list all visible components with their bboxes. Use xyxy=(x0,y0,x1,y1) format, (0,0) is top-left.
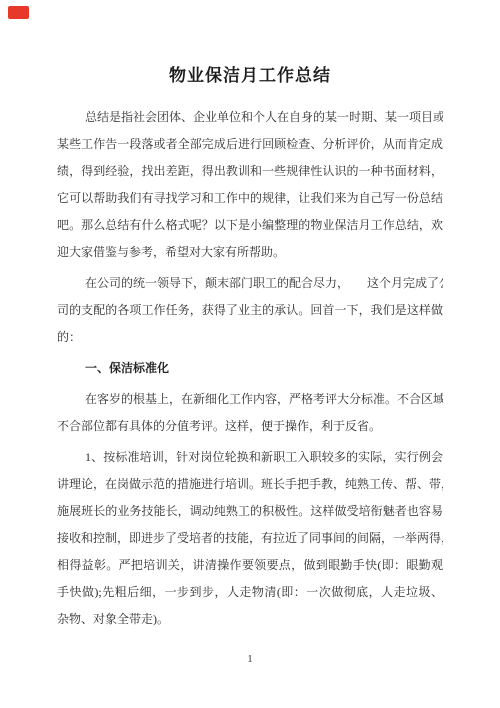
site-logo-badge xyxy=(8,6,29,19)
text-line: 在客岁的根基上，在新细化工作内容，严格考评大分标准。不合区域， xyxy=(57,386,443,413)
text-line: 杂物、对象全带走)。 xyxy=(57,606,443,633)
text-line: 施展班长的业务技能长，调动纯熟工的积极性。这样做受培衔魅者也容易 xyxy=(57,498,443,525)
text-line: 总结是指社会团体、企业单位和个人在自身的某一时期、某一项目或 xyxy=(57,104,443,131)
paragraph: 在客岁的根基上，在新细化工作内容，严格考评大分标准。不合区域，不合部位都有具体的… xyxy=(57,386,443,440)
text-line: 的： xyxy=(57,324,443,351)
text-line: 相得益彰。严把培训关，讲清操作要领要点，做到眼勤手快(即：眼勤观 xyxy=(57,552,443,579)
text-line: 绩，得到经验，找出差距，得出教训和一些规律性认识的一种书面材料， xyxy=(57,158,443,185)
document-content: 物业保洁月工作总结 总结是指社会团体、企业单位和个人在自身的某一时期、某一项目或… xyxy=(57,0,443,637)
text-line: 不合部位都有具体的分值考评。这样，便于操作，利于反省。 xyxy=(57,413,443,440)
page-number: 1 xyxy=(0,650,500,668)
document-page: 物业保洁月工作总结 总结是指社会团体、企业单位和个人在自身的某一时期、某一项目或… xyxy=(0,0,500,708)
text-line: 某些工作告一段落或者全部完成后进行回顾检查、分析评价，从而肯定成 xyxy=(57,131,443,158)
text-line: 迎大家借鉴与参考，希望对大家有所帮助。 xyxy=(57,239,443,266)
section-heading: 一、保洁标准化 xyxy=(57,355,443,382)
paragraph: 1、按标准培训，针对岗位轮换和新职工入职较多的实际，实行例会讲理论，在岗做示范的… xyxy=(57,444,443,633)
text-line: 1、按标准培训，针对岗位轮换和新职工入职较多的实际，实行例会 xyxy=(57,444,443,471)
document-title: 物业保洁月工作总结 xyxy=(57,58,443,94)
text-line: 它可以帮助我们有寻找学习和工作中的规律，让我们来为自己写一份总结 xyxy=(57,185,443,212)
text-line: 接收和控制，即进步了受培者的技能，有拉近了同事间的间隔，一举两得， xyxy=(57,525,443,552)
paragraph: 在公司的统一领导下，颠末部门职工的配合尽力， 这个月完成了公司的支配的各项工作任… xyxy=(57,270,443,351)
paragraph: 总结是指社会团体、企业单位和个人在自身的某一时期、某一项目或某些工作告一段落或者… xyxy=(57,104,443,266)
text-line: 吧。那么总结有什么格式呢？以下是小编整理的物业保洁月工作总结，欢 xyxy=(57,212,443,239)
text-line: 在公司的统一领导下，颠末部门职工的配合尽力， 这个月完成了公 xyxy=(57,270,443,297)
text-line: 讲理论，在岗做示范的措施进行培训。班长手把手教，纯熟工传、帮、带， xyxy=(57,471,443,498)
text-line: 司的支配的各项工作任务，获得了业主的承认。回首一下，我们是这样做 xyxy=(57,297,443,324)
text-line: 一、保洁标准化 xyxy=(57,355,443,382)
text-line: 手快做);先粗后细，一步到步，人走物清(即：一次做彻底，人走垃圾、 xyxy=(57,579,443,606)
document-body: 总结是指社会团体、企业单位和个人在自身的某一时期、某一项目或某些工作告一段落或者… xyxy=(57,104,443,633)
